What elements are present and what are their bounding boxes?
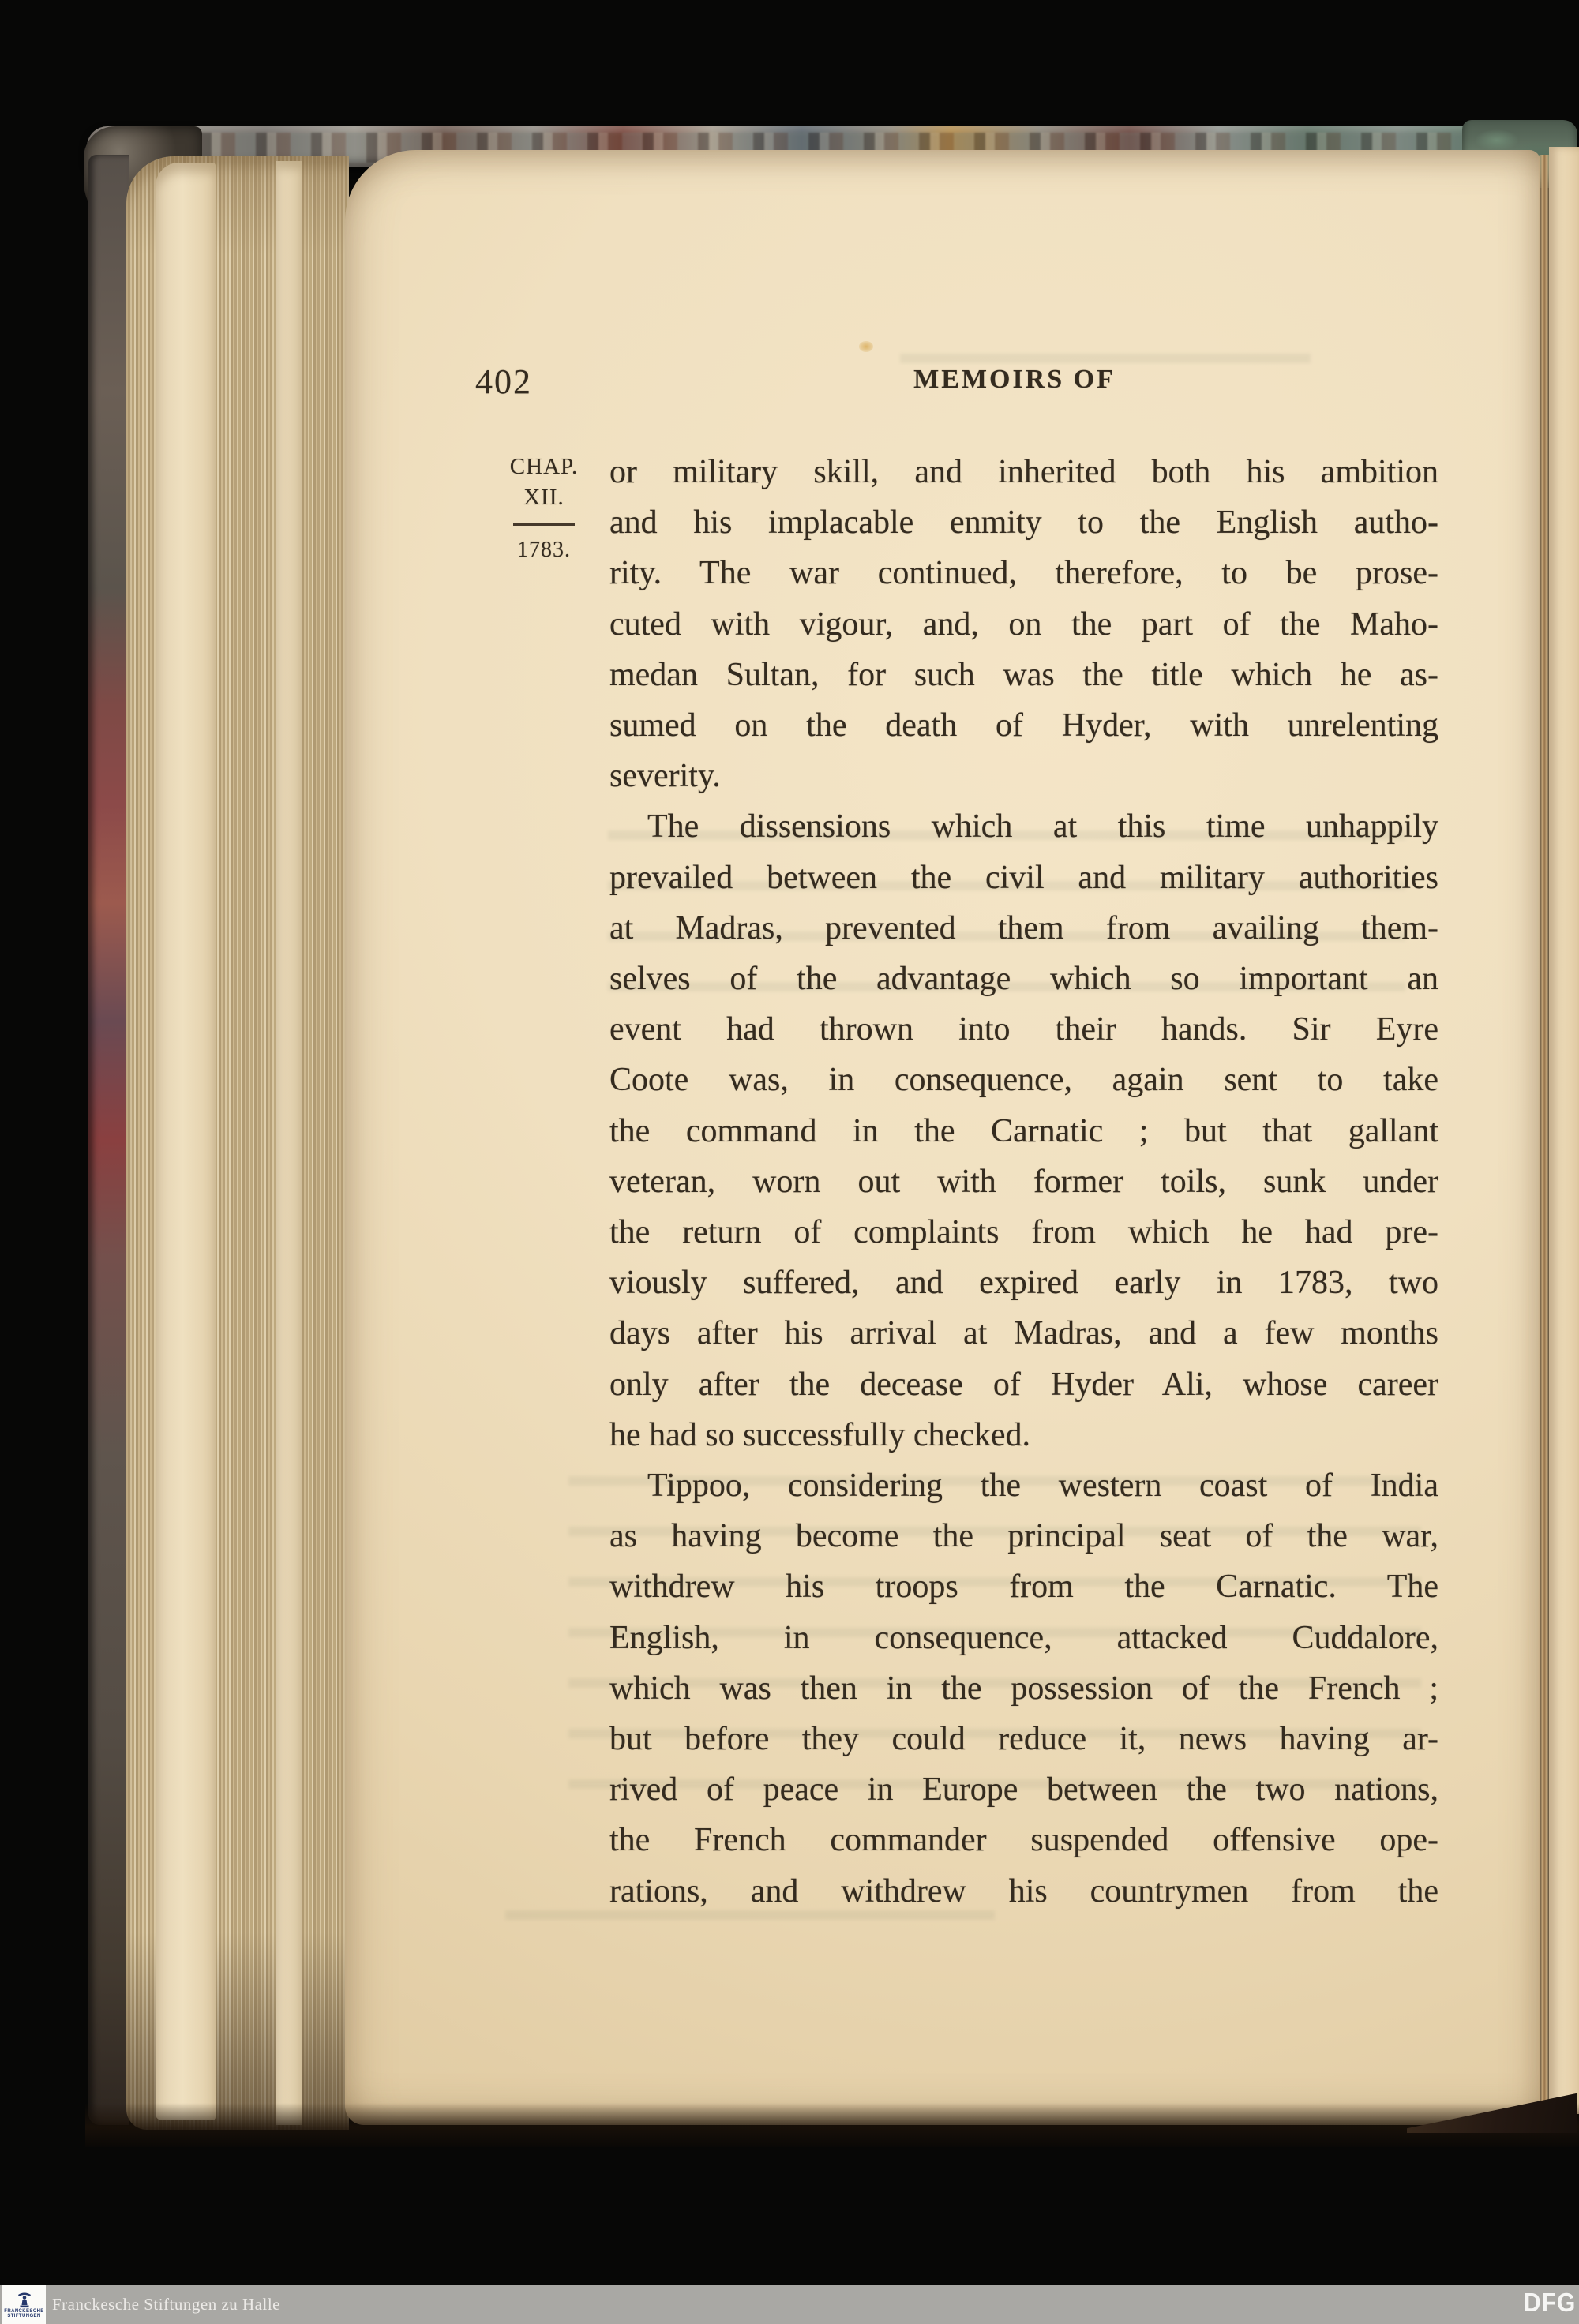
marbled-cover-strip: [90, 774, 129, 2147]
text-line: veteran, worn out with former toils, sun…: [609, 1156, 1438, 1207]
text-line: Tippoo, considering the western coast of…: [609, 1460, 1438, 1511]
chapter-numeral: XII.: [494, 482, 594, 513]
facing-page-sliver: [1549, 147, 1579, 2114]
text-line: sumed on the death of Hyder, with unrele…: [609, 700, 1438, 751]
body-text-column: or military skill, and inherited both hi…: [609, 447, 1438, 1917]
scanned-book-photo: 402 MEMOIRS OF CHAP. XII. 1783. or milit…: [0, 0, 1579, 2324]
text-line: rations, and withdrew his countrymen fro…: [609, 1866, 1438, 1917]
margin-rule: [513, 523, 575, 526]
running-title: MEMOIRS OF: [817, 365, 1212, 395]
text-line: or military skill, and inherited both hi…: [609, 447, 1438, 497]
text-line: rived of peace in Europe between the two…: [609, 1764, 1438, 1815]
text-line: English, in consequence, attacked Cuddal…: [609, 1613, 1438, 1663]
text-line: prevailed between the civil and military…: [609, 853, 1438, 903]
paper-stain: [859, 341, 873, 352]
dfg-logo[interactable]: DFG: [1524, 2288, 1576, 2318]
text-line: the command in the Carnatic ; but that g…: [609, 1106, 1438, 1156]
text-line: selves of the advantage which so importa…: [609, 954, 1438, 1004]
text-line: medan Sultan, for such was the title whi…: [609, 650, 1438, 700]
margin-year: 1783.: [494, 534, 594, 565]
page-stack-band: [156, 163, 216, 2120]
text-line: but before they could reduce it, news ha…: [609, 1714, 1438, 1764]
page-number: 402: [475, 362, 532, 402]
text-line: at Madras, prevented them from availing …: [609, 903, 1438, 954]
text-line: cuted with vigour, and, on the part of t…: [609, 599, 1438, 650]
text-line: rity. The war continued, therefore, to b…: [609, 548, 1438, 598]
statue-icon: [16, 2290, 33, 2309]
margin-chapter-note: CHAP. XII. 1783.: [494, 452, 594, 565]
text-line: The dissensions which at this time unhap…: [609, 801, 1438, 852]
text-line: only after the decease of Hyder Ali, who…: [609, 1359, 1438, 1410]
text-line: viously suffered, and expired early in 1…: [609, 1258, 1438, 1308]
text-line: the French commander suspended offensive…: [609, 1815, 1438, 1865]
institution-logo[interactable]: FRANCKESCHE STIFTUNGEN: [2, 2285, 46, 2324]
page-stack-band: [276, 161, 302, 2125]
chapter-label: CHAP.: [494, 452, 594, 482]
text-line: days after his arrival at Madras, and a …: [609, 1308, 1438, 1359]
text-line: as having become the principal seat of t…: [609, 1511, 1438, 1561]
institution-logo-text-2: STIFTUNGEN: [7, 2314, 40, 2319]
text-line: he had so successfully checked.: [609, 1410, 1438, 1460]
text-line: and his implacable enmity to the English…: [609, 497, 1438, 548]
text-line: event had thrown into their hands. Sir E…: [609, 1004, 1438, 1055]
text-line: severity.: [609, 751, 1438, 801]
institution-name: Franckesche Stiftungen zu Halle: [52, 2285, 280, 2324]
show-through-ghost: [505, 1910, 995, 1958]
text-line: which was then in the possession of the …: [609, 1663, 1438, 1714]
text-line: withdrew his troops from the Carnatic. T…: [609, 1561, 1438, 1612]
text-line: Coote was, in consequence, again sent to…: [609, 1055, 1438, 1105]
book-bottom-shadow: [85, 2103, 1579, 2147]
text-line: the return of complaints from which he h…: [609, 1207, 1438, 1258]
